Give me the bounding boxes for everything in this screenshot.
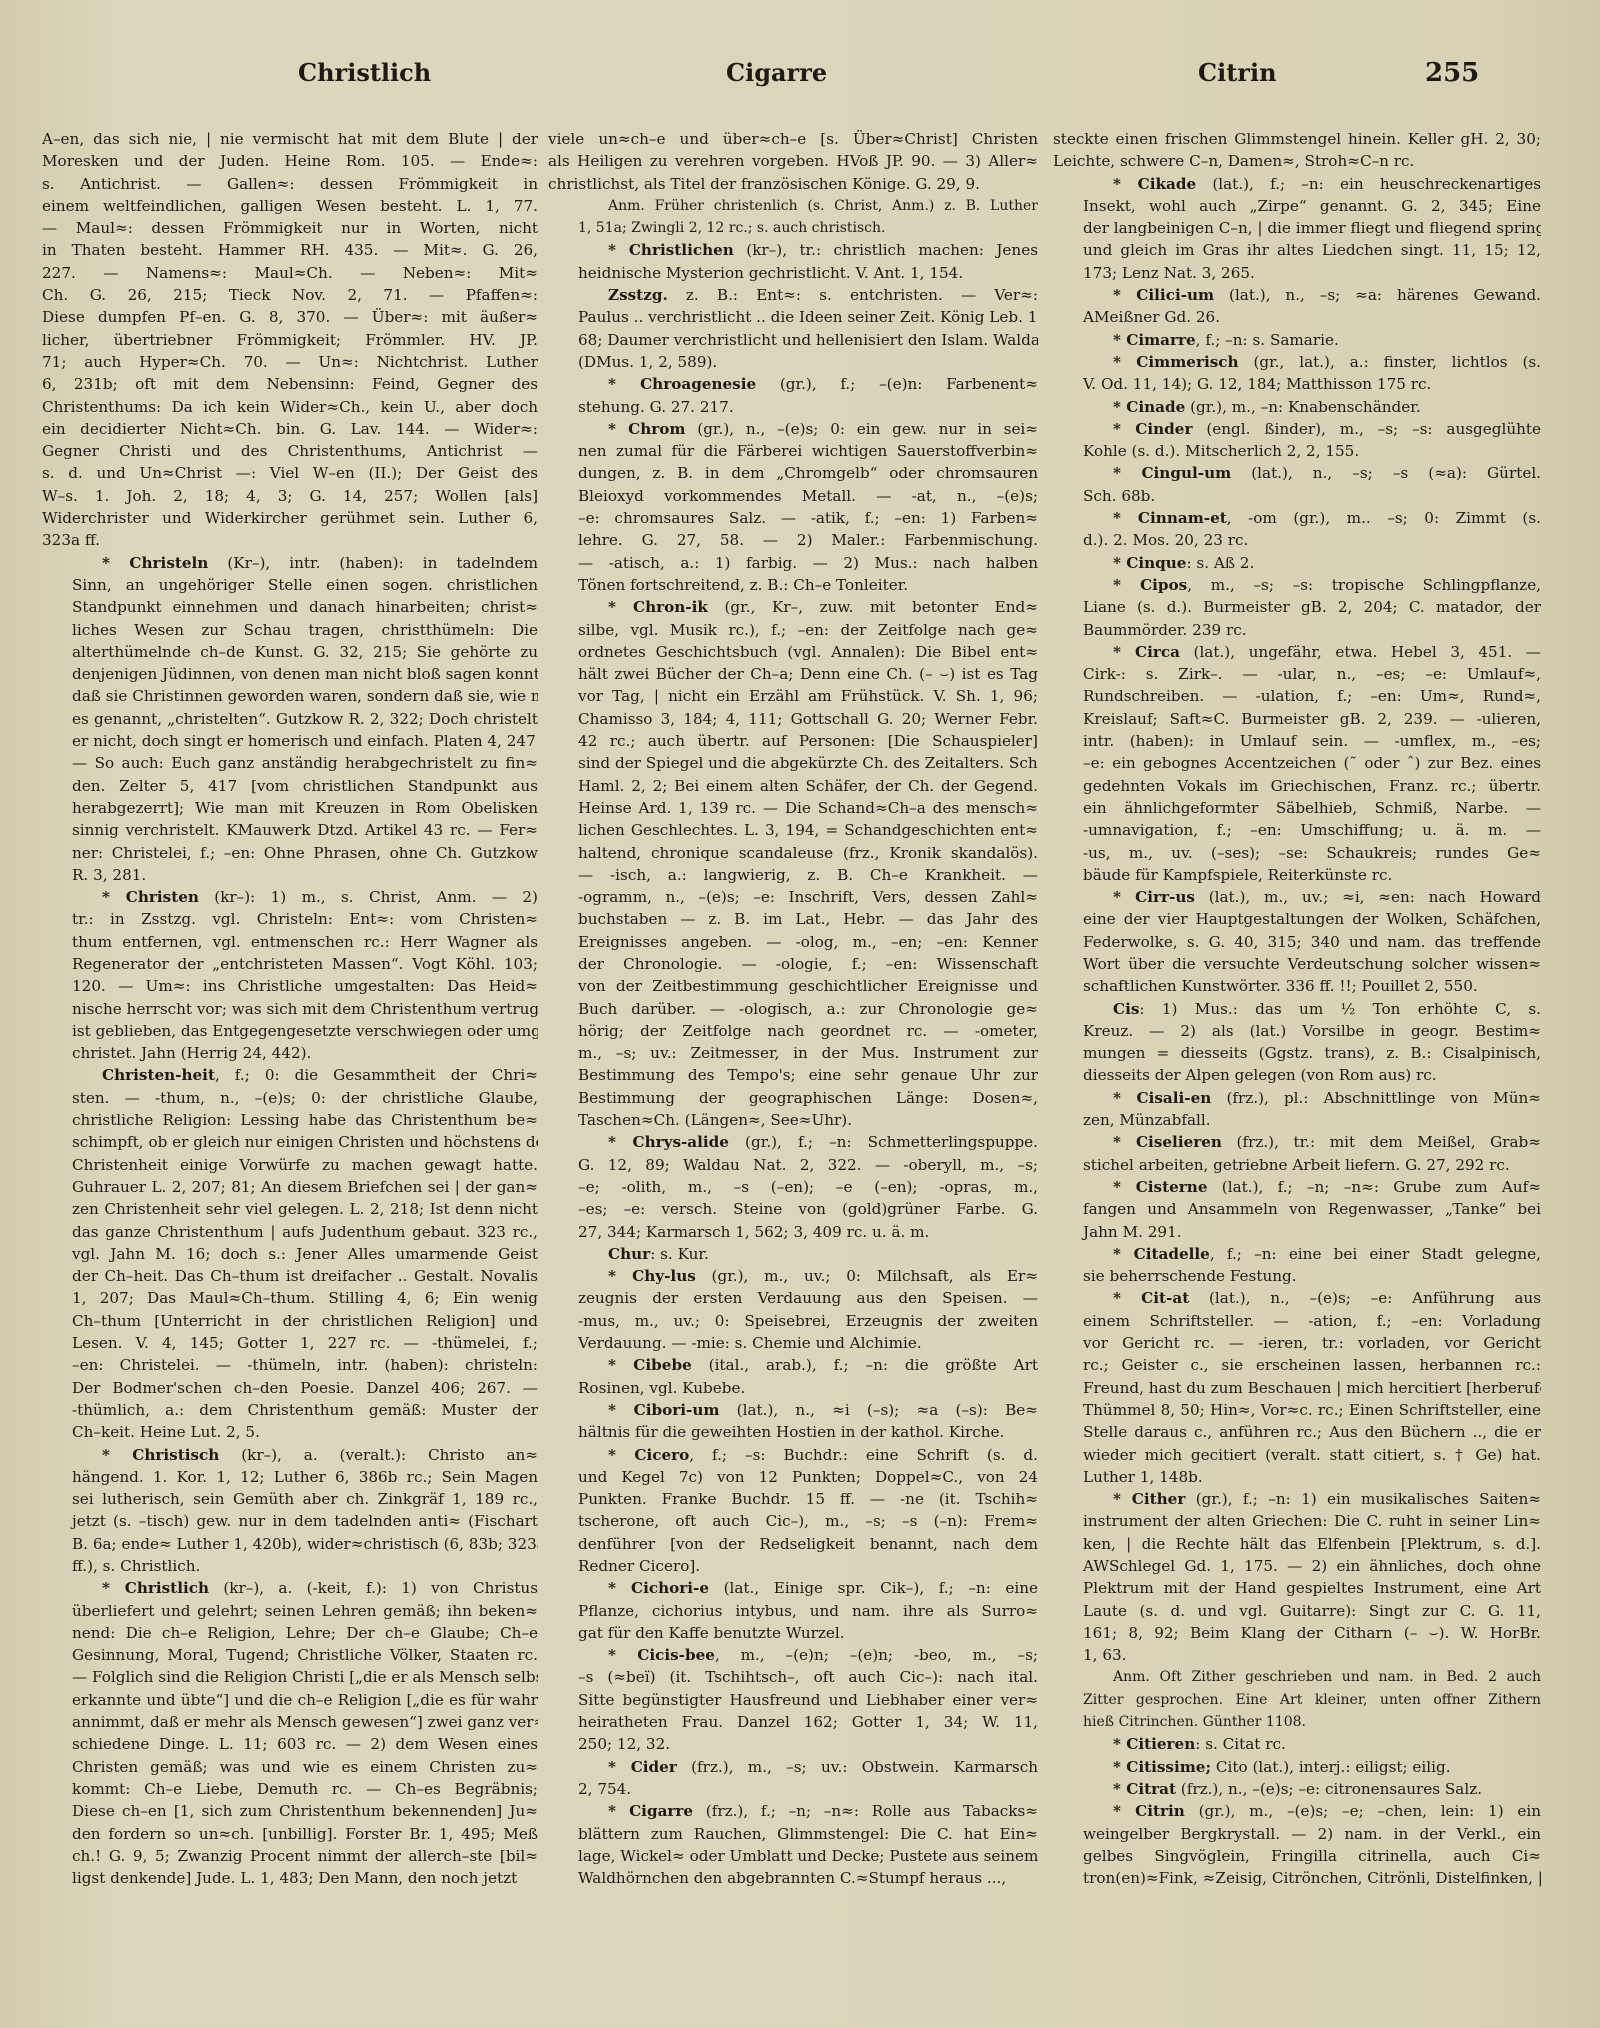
entry-line: A–en, das sich nie, | nie vermischt hat …	[42, 128, 538, 150]
entry-line: vor Gericht rc. — -ieren, tr.: vorladen,…	[1053, 1332, 1541, 1354]
entry-line: zeugnis der ersten Verdauung aus den Spe…	[548, 1287, 1038, 1309]
entry-line: Taschen≈Ch. (Längen≈, See≈Uhr).	[548, 1109, 1038, 1131]
dictionary-entry: * Christisch (kr–), a. (veralt.): Christ…	[42, 1444, 538, 1578]
entry-line: 173; Lenz Nat. 3, 265.	[1053, 262, 1541, 284]
entry-line: einem Schriftsteller. — -ation, f.; –en:…	[1053, 1310, 1541, 1332]
entry-line: * Cibebe (ital., arab.), f.; –n: die grö…	[548, 1354, 1038, 1376]
entry-line: schimpft, ob er gleich nur einigen Chris…	[42, 1131, 538, 1153]
entry-line: Kreislauf; Saft≈C. Burmeister gB. 2, 239…	[1053, 708, 1541, 730]
entry-line: sei lutherisch, sein Gemüth aber ch. Zin…	[42, 1488, 538, 1510]
entry-line: denjenigen Jüdinnen, von denen man nicht…	[42, 663, 538, 685]
headword: * Christen	[102, 888, 199, 906]
entry-line: * Christisch (kr–), a. (veralt.): Christ…	[42, 1444, 538, 1466]
dictionary-entry: * Cibori-um (lat.), n., ≈i (–s); ≈a (–s)…	[548, 1399, 1038, 1444]
dictionary-entry: viele un≈ch–e und über≈ch–e [s. Über≈Chr…	[548, 128, 1038, 195]
headword: * Chroagenesie	[608, 375, 756, 393]
headword: * Citrat	[1113, 1780, 1176, 1798]
entry-line: ordnetes Geschichtsbuch (vgl. Annalen): …	[548, 641, 1038, 663]
entry-line: zen Christenheit sehr viel gelegen. L. 2…	[42, 1198, 538, 1220]
entry-line: Anm. Oft Zither geschrieben und nam. in …	[1053, 1666, 1541, 1688]
dictionary-entry: A–en, das sich nie, | nie vermischt hat …	[42, 128, 538, 552]
entry-line: liches Wesen zur Schau tragen, christthü…	[42, 619, 538, 641]
entry-line: christet. Jahn (Herrig 24, 442).	[42, 1042, 538, 1064]
headword: * Cinque	[1113, 554, 1186, 572]
entry-line: * Citadelle, f.; –n: eine bei einer Stad…	[1053, 1243, 1541, 1265]
dictionary-entry: * Cichori-e (lat., Einige spr. Cik–), f.…	[548, 1577, 1038, 1644]
entry-line: blättern zum Rauchen, Glimmstengel: Die …	[548, 1823, 1038, 1845]
entry-line: daß sie Christinnen geworden waren, sond…	[42, 685, 538, 707]
entry-line: Kreuz. — 2) als (lat.) Vorsilbe in geogr…	[1053, 1020, 1541, 1042]
dictionary-entry: steckte einen frischen Glimmstengel hine…	[1053, 128, 1541, 173]
entry-line: Thümmel 8, 50; Hin≈, Vor≈c. rc.; Einen S…	[1053, 1399, 1541, 1421]
entry-line: 1, 63.	[1053, 1644, 1541, 1666]
entry-line: * Cicero, f.; –s: Buchdr.: eine Schrift …	[548, 1444, 1038, 1466]
entry-line: silbe, vgl. Musik rc.), f.; –en: der Zei…	[548, 619, 1038, 641]
headword: * Circa	[1113, 643, 1180, 661]
entry-line: Liane (s. d.). Burmeister gB. 2, 204; C.…	[1053, 596, 1541, 618]
entry-line: Haml. 2, 2; Bei einem alten Schäfer, der…	[548, 775, 1038, 797]
entry-line: * Citissime; Cito (lat.), interj.: eilig…	[1053, 1756, 1541, 1778]
entry-line: den. Zelter 5, 417 [vom christlichen Sta…	[42, 775, 538, 797]
entry-line: vgl. Jahn M. 16; doch s.: Jener Alles um…	[42, 1243, 538, 1265]
headword: * Cipos	[1113, 576, 1187, 594]
entry-line: hängend. 1. Kor. 1, 12; Luther 6, 386b r…	[42, 1466, 538, 1488]
entry-line: Regenerator der „entchristeten Massen“. …	[42, 953, 538, 975]
entry-line: Christen gemäß; was und wie es einem Chr…	[42, 1756, 538, 1778]
entry-line: Waldhörnchen den abgebrannten C.≈Stumpf …	[548, 1867, 1038, 1889]
entry-line: –e: chromsaures Salz. — -atik, f.; –en: …	[548, 507, 1038, 529]
headword: * Christisch	[102, 1446, 219, 1464]
entry-line: d.). 2. Mos. 20, 23 rc.	[1053, 529, 1541, 551]
dictionary-entry: * Cigarre (frz.), f.; –n; –n≈: Rolle aus…	[548, 1800, 1038, 1889]
entry-line: Rosinen, vgl. Kubebe.	[548, 1377, 1038, 1399]
entry-line: Widerchrister und Widerkircher gerühmet …	[42, 507, 538, 529]
entry-line: der Ch–heit. Das Ch–thum ist dreifacher …	[42, 1265, 538, 1287]
entry-line: und gleich im Gras ihr altes Liedchen si…	[1053, 239, 1541, 261]
entry-line: — -atisch, a.: 1) farbig. — 2) Mus.: nac…	[548, 552, 1038, 574]
entry-line: Anm. Früher christenlich (s. Christ, Anm…	[548, 195, 1038, 217]
dictionary-entry: * Cinder (engl. ßinder), m., –s; –s: aus…	[1053, 418, 1541, 463]
headword: * Cimarre	[1113, 331, 1196, 349]
entry-line: s. Antichrist. — Gallen≈: dessen Frömmig…	[42, 173, 538, 195]
entry-line: * Cibori-um (lat.), n., ≈i (–s); ≈a (–s)…	[548, 1399, 1038, 1421]
headword: * Cider	[608, 1758, 677, 1776]
entry-line: 27, 344; Karmarsch 1, 562; 3, 409 rc. u.…	[548, 1221, 1038, 1243]
right-catchword: Citrin	[1198, 58, 1277, 87]
entry-line: ein decidierter Nicht≈Ch. bin. G. Lav. 1…	[42, 418, 538, 440]
entry-line: Ereignisses angeben. — -olog, m., –en; –…	[548, 931, 1038, 953]
column-left: A–en, das sich nie, | nie vermischt hat …	[42, 128, 538, 1889]
entry-line: AMeißner Gd. 26.	[1053, 306, 1541, 328]
entry-line: 120. — Um≈: ins Christliche umgestalten:…	[42, 975, 538, 997]
entry-line: -umnavigation, f.; –en: Umschiffung; u. …	[1053, 819, 1541, 841]
entry-line: Kohle (s. d.). Mitscherlich 2, 2, 155.	[1053, 440, 1541, 462]
entry-line: -mus, m., uv.; 0: Speisebrei, Erzeugnis …	[548, 1310, 1038, 1332]
entry-line: –es; –e: versch. Steine von (gold)grüner…	[548, 1198, 1038, 1220]
entry-line: kommt: Ch–e Liebe, Demuth rc. — Ch–es Be…	[42, 1778, 538, 1800]
entry-line: stichel arbeiten, getriebne Arbeit liefe…	[1053, 1154, 1541, 1176]
dictionary-entry: * Cirr-us (lat.), m., uv.; ≈i, ≈en: nach…	[1053, 886, 1541, 997]
entry-line: Gesinnung, Moral, Tugend; Christliche Vö…	[42, 1644, 538, 1666]
entry-line: Sch. 68b.	[1053, 485, 1541, 507]
entry-line: * Chron-ik (gr., Kr–, zuw. mit betonter …	[548, 596, 1038, 618]
headword: * Citieren	[1113, 1735, 1195, 1753]
entry-line: Sitte begünstigter Hausfreund und Liebha…	[548, 1689, 1038, 1711]
entry-line: Leichte, schwere C–n, Damen≈, Stroh≈C–n …	[1053, 150, 1541, 172]
entry-line: gelbes Singvöglein, Fringilla citrinella…	[1053, 1845, 1541, 1867]
entry-line: in Thaten besteht. Hammer RH. 435. — Mit…	[42, 239, 538, 261]
entry-line: Lesen. V. 4, 145; Gotter 1, 227 rc. — -t…	[42, 1332, 538, 1354]
entry-line: –en: Christelei. — -thümeln, intr. (habe…	[42, 1354, 538, 1376]
entry-line: Punkten. Franke Buchdr. 15 ff. — -ne (it…	[548, 1488, 1038, 1510]
entry-line: ken, | die Rechte hält das Elfenbein [Pl…	[1053, 1533, 1541, 1555]
entry-line: das ganze Christenthum | aufs Judenthum …	[42, 1221, 538, 1243]
entry-line: lichen Geschlechtes. L. 3, 194, = Schand…	[548, 819, 1038, 841]
entry-line: 68; Daumer verchristlicht und hellenisie…	[548, 329, 1038, 351]
entry-line: * Cisali-en (frz.), pl.: Abschnittlinge …	[1053, 1087, 1541, 1109]
entry-line: * Chroagenesie (gr.), f.; –(e)n: Farbene…	[548, 373, 1038, 395]
dictionary-entry: * Christlich (kr–), a. (-keit, f.): 1) v…	[42, 1577, 538, 1889]
entry-note: Anm. Oft Zither geschrieben und nam. in …	[1053, 1666, 1541, 1733]
dictionary-entry: * Chron-ik (gr., Kr–, zuw. mit betonter …	[548, 596, 1038, 1131]
entry-line: tron(en)≈Fink, ≈Zeisig, Citrönchen, Citr…	[1053, 1867, 1541, 1889]
dictionary-entry: * Chrys-alide (gr.), f.; –n: Schmetterli…	[548, 1131, 1038, 1242]
entry-line: * Cichori-e (lat., Einige spr. Cik–), f.…	[548, 1577, 1038, 1599]
entry-line: 71; auch Hyper≈Ch. 70. — Un≈: Nichtchris…	[42, 351, 538, 373]
entry-line: er nicht, doch singt er homerisch und ei…	[42, 730, 538, 752]
headword: Zsstzg.	[608, 286, 668, 304]
dictionary-entry: * Cider (frz.), m., –s; uv.: Obstwein. K…	[548, 1756, 1038, 1801]
dictionary-entry: * Cilici-um (lat.), n., –s; ≈a: härenes …	[1053, 284, 1541, 329]
dictionary-entry: * Cibebe (ital., arab.), f.; –n: die grö…	[548, 1354, 1038, 1399]
headword: * Cicero	[608, 1446, 689, 1464]
entry-line: thum entfernen, vgl. entmenschen rc.: He…	[42, 931, 538, 953]
dictionary-entry: * Chrom (gr.), n., –(e)s; 0: ein gew. nu…	[548, 418, 1038, 596]
entry-line: heiratheten Frau. Danzel 162; Gotter 1, …	[548, 1711, 1038, 1733]
page-number: 255	[1425, 58, 1479, 88]
entry-line: buchstaben — z. B. im Lat., Hebr. — das …	[548, 908, 1038, 930]
entry-line: Ch–keit. Heine Lut. 2, 5.	[42, 1421, 538, 1443]
entry-line: gat für den Kaffe benutzte Wurzel.	[548, 1622, 1038, 1644]
entry-line: Cirk-: s. Zirk–. — -ular, n., –es; –e: U…	[1053, 663, 1541, 685]
entry-line: 42 rc.; auch übertr. auf Personen: [Die …	[548, 730, 1038, 752]
headword: * Christlich	[102, 1579, 209, 1597]
headword: * Cisali-en	[1113, 1089, 1211, 1107]
entry-line: * Chrys-alide (gr.), f.; –n: Schmetterli…	[548, 1131, 1038, 1153]
headword: * Ciselieren	[1113, 1133, 1222, 1151]
entry-line: * Cilici-um (lat.), n., –s; ≈a: härenes …	[1053, 284, 1541, 306]
entry-line: viele un≈ch–e und über≈ch–e [s. Über≈Chr…	[548, 128, 1038, 150]
dictionary-entry: * Christeln (Kr–), intr. (haben): in tad…	[42, 552, 538, 886]
entry-line: von der Zeitbestimmung geschichtlicher E…	[548, 975, 1038, 997]
entry-line: * Cither (gr.), f.; –n: 1) ein musikalis…	[1053, 1488, 1541, 1510]
entry-line: dungen, z. B. in dem „Chromgelb“ oder ch…	[548, 462, 1038, 484]
entry-line: gedehnten Vokals im Griechischen, Franz.…	[1053, 775, 1541, 797]
dictionary-entry: * Citieren: s. Citat rc.	[1053, 1733, 1541, 1755]
entry-line: ist geblieben, das Entgegengesetzte vers…	[42, 1020, 538, 1042]
entry-line: –e; -olith, m., –s (–en); –e (–en); -opr…	[548, 1176, 1038, 1198]
entry-line: 6, 231b; oft mit dem Nebensinn: Feind, G…	[42, 373, 538, 395]
headword: * Cingul-um	[1113, 464, 1231, 482]
dictionary-entry: * Chroagenesie (gr.), f.; –(e)n: Farbene…	[548, 373, 1038, 418]
entry-line: heidnische Mysterion gechristlicht. V. A…	[548, 262, 1038, 284]
entry-line: Der Bodmer'schen ch–den Poesie. Danzel 4…	[42, 1377, 538, 1399]
entry-line: bäude für Kampfspiele, Reiterkünste rc.	[1053, 864, 1541, 886]
entry-line: tr.: in Zsstzg. vgl. Christeln: Ent≈: vo…	[42, 908, 538, 930]
entry-line: Ch. G. 26, 215; Tieck Nov. 2, 71. — Pfaf…	[42, 284, 538, 306]
entry-line: ein ähnlichgeformter Säbelhieb, Schmiß, …	[1053, 797, 1541, 819]
entry-line: und Kegel 7c) von 12 Punkten; Doppel≈C.,…	[548, 1466, 1038, 1488]
dictionary-entry: * Chy-lus (gr.), m., uv.; 0: Milchsaft, …	[548, 1265, 1038, 1354]
dictionary-entry: Christen-heit, f.; 0: die Gesammtheit de…	[42, 1064, 538, 1443]
entry-line: lehre. G. 27, 58. — 2) Maler.: Farbenmis…	[548, 529, 1038, 551]
entry-line: herabgezerrt]; Wie man mit Kreuzen in Ro…	[42, 797, 538, 819]
entry-line: vor Tag, | nicht ein Erzähl am Frühstück…	[548, 685, 1038, 707]
entry-line: * Cingul-um (lat.), n., –s; –s (≈a): Gür…	[1053, 462, 1541, 484]
headword: * Cilici-um	[1113, 286, 1214, 304]
dictionary-entry: Cis: 1) Mus.: das um ½ Ton erhöhte C, s.…	[1053, 998, 1541, 1087]
entry-line: Diese dumpfen Pf–en. G. 8, 370. — Über≈:…	[42, 306, 538, 328]
entry-line: schaftlichen Kunstwörter. 336 ff. !!; Po…	[1053, 975, 1541, 997]
entry-line: nen zumal für die Färberei wichtigen Sau…	[548, 440, 1038, 462]
headword: * Cigarre	[608, 1802, 693, 1820]
headword: * Cicis-bee	[608, 1646, 715, 1664]
entry-line: haltend, chronique scandaleuse (frz., Kr…	[548, 842, 1038, 864]
entry-line: den fordern so un≈ch. [unbillig]. Forste…	[42, 1823, 538, 1845]
column-middle: viele un≈ch–e und über≈ch–e [s. Über≈Chr…	[548, 128, 1038, 1889]
entry-line: W–s. 1. Joh. 2, 18; 4, 3; G. 14, 257; Wo…	[42, 485, 538, 507]
entry-line: m., –s; uv.: Zeitmesser, in der Mus. Ins…	[548, 1042, 1038, 1064]
entry-line: denführer [von der Redseligkeit benannt,…	[548, 1533, 1038, 1555]
dictionary-entry: * Citrat (frz.), n., –(e)s; –e: citronen…	[1053, 1778, 1541, 1800]
entry-line: nend: Die ch–e Religion, Lehre; Der ch–e…	[42, 1622, 538, 1644]
entry-line: Chamisso 3, 184; 4, 111; Gottschall G. 2…	[548, 708, 1038, 730]
entry-line: * Cider (frz.), m., –s; uv.: Obstwein. K…	[548, 1756, 1038, 1778]
headword: * Citissime;	[1113, 1758, 1211, 1776]
entry-line: Zsstzg. z. B.: Ent≈: s. entchristen. — V…	[548, 284, 1038, 306]
entry-line: Cis: 1) Mus.: das um ½ Ton erhöhte C, s.	[1053, 998, 1541, 1020]
entry-line: Diese ch–en [1, sich zum Christenthum be…	[42, 1800, 538, 1822]
entry-line: * Cipos, m., –s; –s: tropische Schlingpf…	[1053, 574, 1541, 596]
dictionary-entry: * Citadelle, f.; –n: eine bei einer Stad…	[1053, 1243, 1541, 1288]
dictionary-entry: * Christlichen (kr–), tr.: christlich ma…	[548, 239, 1038, 284]
entry-line: licher, übertriebner Frömmigkeit; Frömml…	[42, 329, 538, 351]
headword: Chur	[608, 1245, 650, 1263]
entry-line: erkannte und übte“] und die ch–e Religio…	[42, 1689, 538, 1711]
headword: * Cikade	[1113, 175, 1196, 193]
entry-line: einem weltfeindlichen, galligen Wesen be…	[42, 195, 538, 217]
headword: * Chrom	[608, 420, 686, 438]
entry-line: Guhrauer L. 2, 207; 81; An diesem Briefc…	[42, 1176, 538, 1198]
entry-line: als Heiligen zu verehren vorgeben. HVoß …	[548, 150, 1038, 172]
entry-line: V. Od. 11, 14); G. 12, 184; Matthisson 1…	[1053, 373, 1541, 395]
entry-line: 1, 207; Das Maul≈Ch–thum. Stilling 4, 6;…	[42, 1287, 538, 1309]
entry-line: * Cikade (lat.), f.; –n: ein heuschrecke…	[1053, 173, 1541, 195]
dictionary-entry: * Cinque: s. Aß 2.	[1053, 552, 1541, 574]
dictionary-entry: * Circa (lat.), ungefähr, etwa. Hebel 3,…	[1053, 641, 1541, 886]
left-catchword: Christlich	[298, 58, 431, 87]
dictionary-entry: * Cicis-bee, m., –(e)n; –(e)n; -beo, m.,…	[548, 1644, 1038, 1755]
entry-line: sie beherrschende Festung.	[1053, 1265, 1541, 1287]
entry-line: -us, m., uv. (–ses); –se: Schaukreis; ru…	[1053, 842, 1541, 864]
entry-line: Chur: s. Kur.	[548, 1243, 1038, 1265]
dictionary-entry: * Cisali-en (frz.), pl.: Abschnittlinge …	[1053, 1087, 1541, 1132]
column-right: steckte einen frischen Glimmstengel hine…	[1053, 128, 1541, 1889]
entry-line: Moresken und der Juden. Heine Rom. 105. …	[42, 150, 538, 172]
headword: Cis	[1113, 1000, 1139, 1018]
entry-line: Wort über die versuchte Verdeutschung so…	[1053, 953, 1541, 975]
entry-line: * Cimarre, f.; –n: s. Samarie.	[1053, 329, 1541, 351]
running-header: Christlich Cigarre Citrin 255	[0, 58, 1600, 92]
entry-line: eine der vier Hauptgestaltungen der Wolk…	[1053, 908, 1541, 930]
headword: * Cit-at	[1113, 1289, 1189, 1307]
entry-line: * Chy-lus (gr.), m., uv.; 0: Milchsaft, …	[548, 1265, 1038, 1287]
entry-line: weingelber Bergkrystall. — 2) nam. in de…	[1053, 1823, 1541, 1845]
entry-line: Bestimmung des Tempo's; eine sehr genaue…	[548, 1064, 1038, 1086]
headword: * Cimmerisch	[1113, 353, 1239, 371]
dictionary-entry: * Cinnam-et, -om (gr.), m.. –s; 0: Zimmt…	[1053, 507, 1541, 552]
headword: * Cisterne	[1113, 1178, 1208, 1196]
entry-line: annimmt, daß er mehr als Mensch gewesen“…	[42, 1711, 538, 1733]
dictionary-entry: * Cimmerisch (gr., lat.), a.: finster, l…	[1053, 351, 1541, 396]
entry-line: * Cinade (gr.), m., –n: Knabenschänder.	[1053, 396, 1541, 418]
entry-line: Paulus .. verchristlicht .. die Ideen se…	[548, 306, 1038, 328]
dictionary-entry: * Ciselieren (frz.), tr.: mit dem Meißel…	[1053, 1131, 1541, 1176]
entry-line: Plektrum mit der Hand gespieltes Instrum…	[1053, 1577, 1541, 1599]
headword: * Cinder	[1113, 420, 1192, 438]
headword: * Citadelle	[1113, 1245, 1210, 1263]
dictionary-entry: Zsstzg. z. B.: Ent≈: s. entchristen. — V…	[548, 284, 1038, 373]
dictionary-entry: * Cisterne (lat.), f.; –n; –n≈: Grube zu…	[1053, 1176, 1541, 1243]
dictionary-entry: * Christen (kr–): 1) m., s. Christ, Anm.…	[42, 886, 538, 1064]
entry-line: 1, 51a; Zwingli 2, 12 rc.; s. auch chris…	[548, 217, 1038, 239]
headword: * Cinnam-et	[1113, 509, 1227, 527]
entry-line: * Chrom (gr.), n., –(e)s; 0: ein gew. nu…	[548, 418, 1038, 440]
dictionary-entry: * Cither (gr.), f.; –n: 1) ein musikalis…	[1053, 1488, 1541, 1666]
entry-line: Christenheit einige Vorwürfe zu machen g…	[42, 1154, 538, 1176]
entry-line: wieder mich gecitiert (veralt. statt cit…	[1053, 1444, 1541, 1466]
entry-line: -ogramm, n., –(e)s; –e: Inschrift, Vers,…	[548, 886, 1038, 908]
dictionary-entry: Chur: s. Kur.	[548, 1243, 1038, 1265]
headword: * Cichori-e	[608, 1579, 709, 1597]
entry-line: Stelle daraus c., anführen rc.; Aus den …	[1053, 1421, 1541, 1443]
entry-line: Tönen fortschreitend, z. B.: Ch–e Tonlei…	[548, 574, 1038, 596]
entry-line: * Christen (kr–): 1) m., s. Christ, Anm.…	[42, 886, 538, 908]
entry-line: * Cit-at (lat.), n., –(e)s; –e: Anführun…	[1053, 1287, 1541, 1309]
entry-line: mungen = diesseits (Ggstz. trans), z. B.…	[1053, 1042, 1541, 1064]
entry-line: Bestimmung der geographischen Länge: Dos…	[548, 1087, 1038, 1109]
entry-line: Standpunkt einnehmen und danach hinarbei…	[42, 596, 538, 618]
headword: * Cirr-us	[1113, 888, 1195, 906]
entry-line: schiedene Dinge. L. 11; 603 rc. — 2) dem…	[42, 1733, 538, 1755]
entry-line: der Chronologie. — -ologie, f.; –en: Wis…	[548, 953, 1038, 975]
entry-line: steckte einen frischen Glimmstengel hine…	[1053, 128, 1541, 150]
headword: * Christlichen	[608, 241, 734, 259]
entry-line: * Cinder (engl. ßinder), m., –s; –s: aus…	[1053, 418, 1541, 440]
entry-line: Sinn, an ungehöriger Stelle einen sogen.…	[42, 574, 538, 596]
entry-line: sinnig verchristelt. KMauwerk Dtzd. Arti…	[42, 819, 538, 841]
entry-line: Heinse Ard. 1, 139 rc. — Die Schand≈Ch–a…	[548, 797, 1038, 819]
headword: * Cibebe	[608, 1356, 692, 1374]
headword: * Chy-lus	[608, 1267, 696, 1285]
entry-line: intr. (haben): in Umlauf sein. — -umflex…	[1053, 730, 1541, 752]
entry-line: * Christeln (Kr–), intr. (haben): in tad…	[42, 552, 538, 574]
entry-line: Rundschreiben. — -ulation, f.; –en: Um≈,…	[1053, 685, 1541, 707]
dictionary-page: Christlich Cigarre Citrin 255 A–en, das …	[0, 0, 1600, 2028]
entry-line: (DMus. 1, 2, 589).	[548, 351, 1038, 373]
entry-line: ch.! G. 9, 5; Zwanzig Procent nimmt der …	[42, 1845, 538, 1867]
dictionary-entry: * Citrin (gr.), m., –(e)s; –e; –chen, le…	[1053, 1800, 1541, 1889]
entry-line: — So auch: Euch ganz anständig herabgech…	[42, 752, 538, 774]
headword: * Citrin	[1113, 1802, 1185, 1820]
entry-line: * Cicis-bee, m., –(e)n; –(e)n; -beo, m.,…	[548, 1644, 1038, 1666]
entry-line: * Cigarre (frz.), f.; –n; –n≈: Rolle aus…	[548, 1800, 1038, 1822]
entry-line: B. 6a; ende≈ Luther 1, 420b), wider≈chri…	[42, 1533, 538, 1555]
entry-line: diesseits der Alpen gelegen (von Rom aus…	[1053, 1064, 1541, 1086]
dictionary-entry: * Cipos, m., –s; –s: tropische Schlingpf…	[1053, 574, 1541, 641]
entry-line: alterthümelnde ch–de Kunst. G. 32, 215; …	[42, 641, 538, 663]
entry-line: * Circa (lat.), ungefähr, etwa. Hebel 3,…	[1053, 641, 1541, 663]
entry-line: hältnis für die geweihten Hostien in der…	[548, 1421, 1038, 1443]
entry-line: Insekt, wohl auch „Zirpe“ genannt. G. 2,…	[1053, 195, 1541, 217]
entry-line: hält zwei Bücher der Ch–a; Denn eine Ch.…	[548, 663, 1038, 685]
entry-line: Bleioxyd vorkommendes Metall. — -at, n.,…	[548, 485, 1038, 507]
entry-line: hieß Citrinchen. Günther 1108.	[1053, 1711, 1541, 1733]
entry-line: ff.), s. Christlich.	[42, 1555, 538, 1577]
entry-line: christliche Religion: Lessing habe das C…	[42, 1109, 538, 1131]
entry-line: überliefert und gelehrt; seinen Lehren g…	[42, 1600, 538, 1622]
entry-line: jetzt (s. –tisch) gew. nur in dem tadeln…	[42, 1510, 538, 1532]
entry-line: Gegner Christi und des Christenthums, An…	[42, 440, 538, 462]
center-catchword: Cigarre	[726, 58, 827, 87]
dictionary-entry: * Cikade (lat.), f.; –n: ein heuschrecke…	[1053, 173, 1541, 284]
headword: * Christeln	[102, 554, 208, 572]
entry-line: 250; 12, 32.	[548, 1733, 1038, 1755]
entry-line: Freund, hast du zum Beschauen | mich her…	[1053, 1377, 1541, 1399]
entry-line: hörig; der Zeitfolge nach geordnet rc. —…	[548, 1020, 1038, 1042]
entry-line: G. 12, 89; Waldau Nat. 2, 322. — -oberyl…	[548, 1154, 1038, 1176]
entry-line: –s (≈beï) (it. Tschihtsch–, oft auch Cic…	[548, 1666, 1038, 1688]
entry-line: * Cinque: s. Aß 2.	[1053, 552, 1541, 574]
entry-line: instrument der alten Griechen: Die C. ru…	[1053, 1510, 1541, 1532]
headword: * Cither	[1113, 1490, 1185, 1508]
entry-line: stehung. G. 27. 217.	[548, 396, 1038, 418]
entry-line: * Cinnam-et, -om (gr.), m.. –s; 0: Zimmt…	[1053, 507, 1541, 529]
headword: * Chron-ik	[608, 598, 708, 616]
headword: * Cinade	[1113, 398, 1185, 416]
entry-line: Luther 1, 148b.	[1053, 1466, 1541, 1488]
dictionary-entry: * Cimarre, f.; –n: s. Samarie.	[1053, 329, 1541, 351]
entry-line: zen, Münzabfall.	[1053, 1109, 1541, 1131]
entry-line: * Ciselieren (frz.), tr.: mit dem Meißel…	[1053, 1131, 1541, 1153]
entry-line: tscherone, oft auch Cic–), m., –s; –s (–…	[548, 1510, 1038, 1532]
dictionary-entry: * Cicero, f.; –s: Buchdr.: eine Schrift …	[548, 1444, 1038, 1578]
entry-line: nische herrscht vor; was sich mit dem Ch…	[42, 998, 538, 1020]
entry-line: Christen-heit, f.; 0: die Gesammtheit de…	[42, 1064, 538, 1086]
entry-line: * Cisterne (lat.), f.; –n; –n≈: Grube zu…	[1053, 1176, 1541, 1198]
entry-line: Ch–thum [Unterricht in der christlichen …	[42, 1310, 538, 1332]
dictionary-entry: * Cit-at (lat.), n., –(e)s; –e: Anführun…	[1053, 1287, 1541, 1488]
entry-line: Redner Cicero].	[548, 1555, 1038, 1577]
entry-line: Buch darüber. — -ologisch, a.: zur Chron…	[548, 998, 1038, 1020]
entry-line: * Citrat (frz.), n., –(e)s; –e: citronen…	[1053, 1778, 1541, 1800]
entry-line: — Folglich sind die Religion Christi [„d…	[42, 1666, 538, 1688]
entry-line: s. d. und Un≈Christ —: Viel W–en (II.); …	[42, 462, 538, 484]
entry-line: * Citieren: s. Citat rc.	[1053, 1733, 1541, 1755]
dictionary-entry: * Citissime; Cito (lat.), interj.: eilig…	[1053, 1756, 1541, 1778]
entry-line: Verdauung. — -mie: s. Chemie und Alchimi…	[548, 1332, 1038, 1354]
entry-line: der langbeinigen C–n, | die immer fliegt…	[1053, 217, 1541, 239]
